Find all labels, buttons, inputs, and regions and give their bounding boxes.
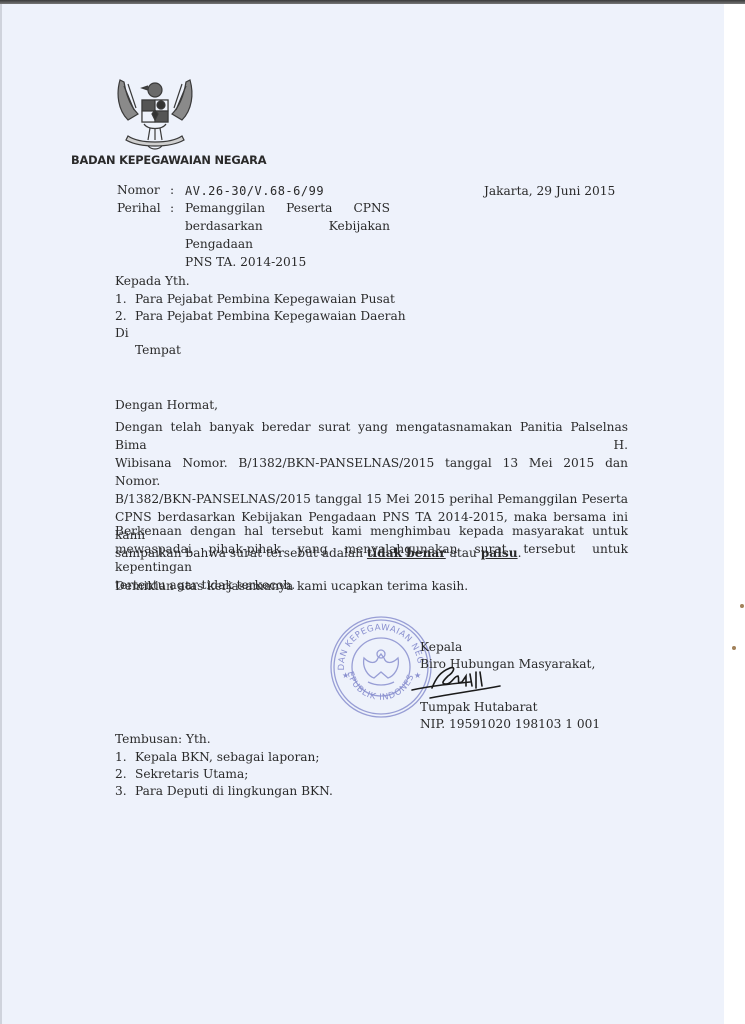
nomor-label: Nomor [117, 181, 160, 199]
place-date: Jakarta, 29 Juni 2015 [484, 182, 615, 200]
perihal-value: Pemanggilan Peserta CPNS berdasarkan Keb… [185, 199, 390, 271]
recipient-item: 2.Para Pejabat Pembina Kepegawaian Daera… [115, 307, 406, 325]
handwritten-signature-icon [410, 662, 502, 702]
salutation: Dengan Hormat, [115, 396, 218, 414]
signer-name: Tumpak Hutabarat [420, 698, 538, 716]
tembusan-heading: Tembusan: Yth. [115, 730, 211, 748]
signer-nip: NIP. 19591020 198103 1 001 [420, 715, 600, 733]
perihal-line: PNS TA. 2014-2015 [185, 253, 390, 271]
tembusan-item: 3.Para Deputi di lingkungan BKN. [115, 782, 333, 800]
perihal-label: Perihal [117, 199, 161, 217]
scan-speck [732, 646, 736, 650]
garuda-emblem-icon [114, 74, 196, 154]
svg-text:★: ★ [342, 671, 349, 680]
scan-speck [740, 604, 744, 608]
perihal-separator: : [170, 199, 174, 217]
nomor-value: AV.26-30/V.68-6/99 [185, 182, 324, 200]
nomor-separator: : [170, 181, 174, 199]
tembusan-item: 1.Kepala BKN, sebagai laporan; [115, 748, 320, 766]
perihal-line: berdasarkan Kebijakan Pengadaan [185, 217, 390, 253]
recipient-di: Di [115, 324, 129, 342]
perihal-line: Pemanggilan Peserta CPNS [185, 199, 390, 217]
letter-page: BADAN KEPEGAWAIAN NEGARA Nomor : AV.26-3… [0, 4, 724, 1024]
closing-sentence: Demikian atas kerjasamanya kami ucapkan … [115, 577, 468, 595]
recipient-tempat: Tempat [135, 341, 181, 359]
recipient-heading: Kepada Yth. [115, 272, 190, 290]
agency-name: BADAN KEPEGAWAIAN NEGARA [71, 153, 266, 167]
recipient-item: 1.Para Pejabat Pembina Kepegawaian Pusat [115, 290, 395, 308]
signer-title-1: Kepala [420, 638, 462, 656]
tembusan-item: 2.Sekretaris Utama; [115, 765, 248, 783]
